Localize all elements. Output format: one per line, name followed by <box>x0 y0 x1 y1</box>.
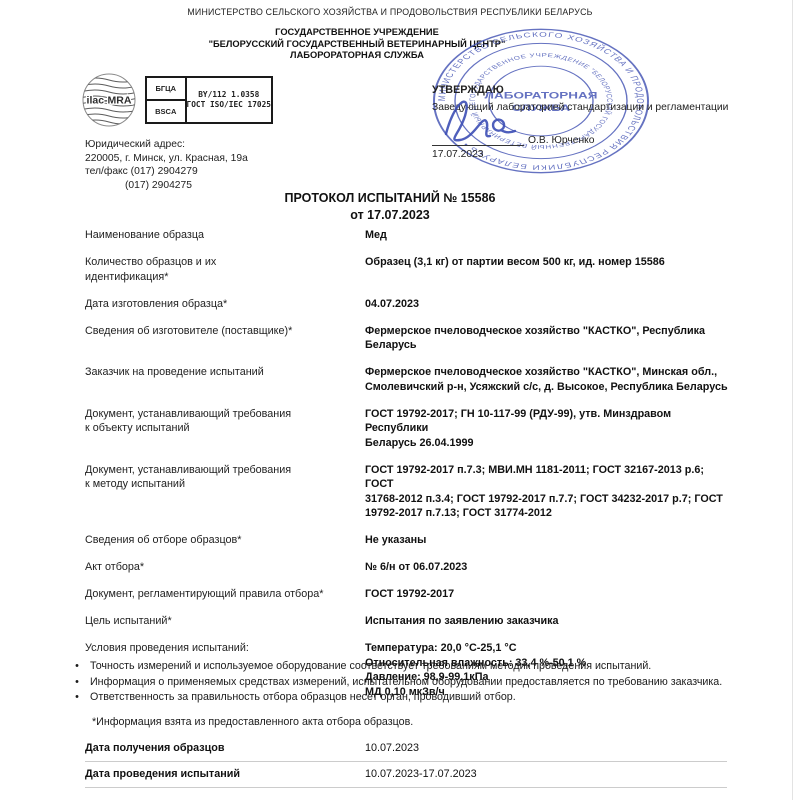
field-value: № 6/н от 06.07.2023 <box>365 560 733 575</box>
field-row-sample-count: Количество образцов и их идентификация* … <box>85 255 733 284</box>
ilac-mra-logo-icon: ilac-MRA <box>80 71 138 129</box>
date-row-received: Дата получения образцов 10.07.2023 <box>85 742 727 762</box>
protocol-fields: Наименование образца Мед Количество обра… <box>85 228 733 699</box>
field-label: Цель испытаний* <box>85 614 365 629</box>
ministry-header: МИНИСТЕРСТВО СЕЛЬСКОГО ХОЗЯЙСТВА И ПРОДО… <box>100 7 680 17</box>
note-text: Информация о применяемых средствах измер… <box>90 675 722 691</box>
field-row-manufacturer: Сведения об изготовителе (поставщике)* Ф… <box>85 324 733 353</box>
field-row-customer: Заказчик на проведение испытаний Фермерс… <box>85 365 733 394</box>
field-row-sample-name: Наименование образца Мед <box>85 228 733 243</box>
field-value: Не указаны <box>365 533 733 548</box>
field-label: Сведения об изготовителе (поставщике)* <box>85 324 365 353</box>
address-line1: 220005, г. Минск, ул. Красная, 19а <box>85 152 248 166</box>
dates-block: Дата получения образцов 10.07.2023 Дата … <box>85 742 727 794</box>
address-label: Юридический адрес: <box>85 138 248 152</box>
page-edge-line <box>792 0 793 800</box>
note-text: Ответственность за правильность отбора о… <box>90 690 516 706</box>
field-value: Фермерское пчеловодческое хозяйство "КАС… <box>365 365 733 394</box>
field-value: ГОСТ 19792-2017 <box>365 587 733 602</box>
field-row-sampling-rules-doc: Документ, регламентирующий правила отбор… <box>85 587 733 602</box>
accreditation-cell-bgca: БГЦА <box>147 78 185 99</box>
date-value: 10.07.2023-17.07.2023 <box>365 768 727 780</box>
field-row-sampling-act: Акт отбора* № 6/н от 06.07.2023 <box>85 560 733 575</box>
accreditation-number-line2: ГОСТ ISO/IEC 17025 <box>187 100 272 110</box>
field-value: ГОСТ 19792-2017; ГН 10-117-99 (РДУ-99), … <box>365 407 733 451</box>
date-label: Дата получения образцов <box>85 742 365 754</box>
note-item: Ответственность за правильность отбора о… <box>64 690 770 706</box>
title-line1: ПРОТОКОЛ ИСПЫТАНИЙ № 15586 <box>90 190 690 207</box>
date-value: 10.07.2023 <box>365 742 727 754</box>
ilac-mra-label: ilac-MRA <box>87 95 132 107</box>
field-value: Мед <box>365 228 733 243</box>
footnote: *Информация взята из предоставленного ак… <box>64 715 770 731</box>
field-row-test-purpose: Цель испытаний* Испытания по заявлению з… <box>85 614 733 629</box>
field-label: Акт отбора* <box>85 560 365 575</box>
date-label: Дата проведения испытаний <box>85 768 365 780</box>
field-row-manufacture-date: Дата изготовления образца* 04.07.2023 <box>85 297 733 312</box>
field-label: Сведения об отборе образцов* <box>85 533 365 548</box>
field-value: Образец (3,1 кг) от партии весом 500 кг,… <box>365 255 733 284</box>
field-label: Наименование образца <box>85 228 365 243</box>
field-row-sampling-info: Сведения об отборе образцов* Не указаны <box>85 533 733 548</box>
field-label: Документ, регламентирующий правила отбор… <box>85 587 365 602</box>
field-row-object-requirements: Документ, устанавливающий требования к о… <box>85 407 733 451</box>
approval-date: 17.07.2023 <box>432 149 728 160</box>
note-text: Точность измерений и используемое оборуд… <box>90 659 651 675</box>
field-row-method-requirements: Документ, устанавливающий требования к м… <box>85 463 733 521</box>
date-row-testing: Дата проведения испытаний 10.07.2023-17.… <box>85 768 727 788</box>
notes-block: Точность измерений и используемое оборуд… <box>64 659 770 730</box>
signature-icon <box>438 90 538 150</box>
accreditation-number-cell: BY/112 1.0358 ГОСТ ISO/IEC 17025 <box>187 78 272 122</box>
address-line2: тел/факс (017) 2904279 <box>85 165 248 179</box>
legal-address-block: Юридический адрес: 220005, г. Минск, ул.… <box>85 138 248 192</box>
field-value: Фермерское пчеловодческое хозяйство "КАС… <box>365 324 733 353</box>
document-title: ПРОТОКОЛ ИСПЫТАНИЙ № 15586 от 17.07.2023 <box>90 190 690 224</box>
field-label: Заказчик на проведение испытаний <box>85 365 365 394</box>
field-value: ГОСТ 19792-2017 п.7.3; МВИ.МН 1181-2011;… <box>365 463 733 521</box>
accreditation-left-column: БГЦА BSCA <box>147 78 187 122</box>
field-value: Испытания по заявлению заказчика <box>365 614 733 629</box>
signature-strokes <box>446 102 515 141</box>
accreditation-cell-bsca: BSCA <box>147 99 185 122</box>
note-item: Точность измерений и используемое оборуд… <box>64 659 770 675</box>
field-label: Количество образцов и их идентификация* <box>85 255 365 284</box>
field-label: Документ, устанавливающий требования к о… <box>85 407 365 451</box>
field-label: Дата изготовления образца* <box>85 297 365 312</box>
title-line2: от 17.07.2023 <box>90 207 690 224</box>
accreditation-number-line1: BY/112 1.0358 <box>198 90 259 100</box>
field-value: 04.07.2023 <box>365 297 733 312</box>
accreditation-table: БГЦА BSCA BY/112 1.0358 ГОСТ ISO/IEC 170… <box>145 76 273 124</box>
note-item: Информация о применяемых средствах измер… <box>64 675 770 691</box>
field-label: Документ, устанавливающий требования к м… <box>85 463 365 521</box>
